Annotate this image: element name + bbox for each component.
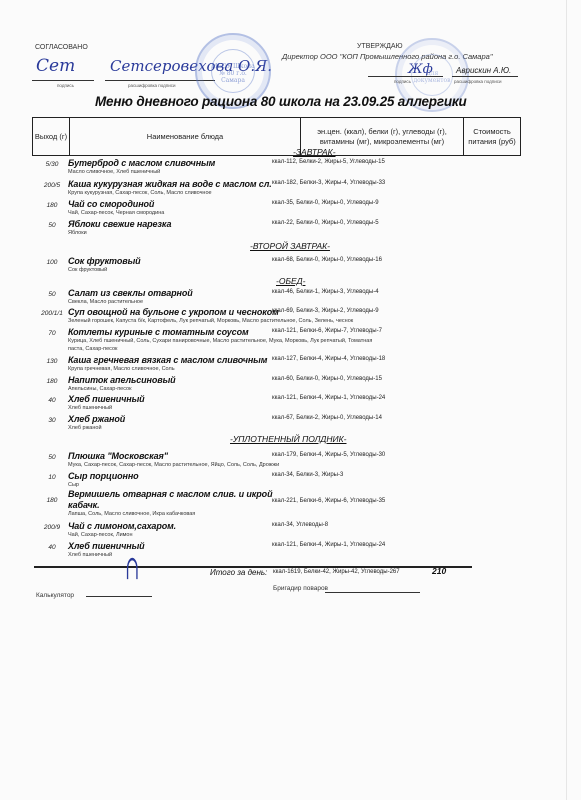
- item-nutrition: ккал-68, Белки-0, Жиры-0, Углеводы-16: [272, 257, 382, 263]
- item-nutrition: ккал-121, Белки-6, Жиры-7, Углеводы-7: [272, 328, 382, 334]
- item-name: Сыр порционно: [68, 471, 139, 481]
- scan-edge: [566, 0, 567, 800]
- item-name: Суп овощной на бульоне с укропом и чесно…: [68, 307, 279, 317]
- right-signature-caption: подпись: [394, 79, 411, 84]
- item-qty: 180: [32, 378, 72, 385]
- item-qty: 10: [32, 474, 72, 481]
- item-name: Каша гречневая вязкая с маслом сливочным: [68, 355, 267, 365]
- item-nutrition: ккал-67, Белки-2, Жиры-0, Углеводы-14: [272, 415, 382, 421]
- item-nutrition: ккал-34, Углеводы-8: [272, 522, 328, 528]
- item-nutrition: ккал-182, Белки-3, Жиры-4, Углеводы-33: [272, 180, 385, 186]
- item-ingredients: Зеленый горошек, Капуста б/к, Картофель,…: [68, 318, 353, 324]
- item-ingredients: Лапша, Соль, Масло сливочное, Икра кабач…: [68, 511, 195, 517]
- item-ingredients: Хлеб пшеничный: [68, 552, 112, 558]
- item-nutrition: ккал-179, Белки-4, Жиры-5, Углеводы-30: [272, 452, 385, 458]
- menu-table-header: Выход (г) Наименование блюда эн.цен. (кк…: [32, 117, 521, 156]
- col-cost-header: Стоимость питания (руб): [464, 118, 520, 155]
- right-name: Аврискин А.Ю.: [456, 66, 511, 75]
- total-label: Итого за день:: [210, 568, 267, 577]
- approved-left-label: СОГЛАСОВАНО: [35, 44, 88, 51]
- item-name: Бутерброд с маслом сливочным: [68, 158, 215, 168]
- item-ingredients: Сыр: [68, 482, 79, 488]
- section-title: -ОБЕД-: [276, 276, 305, 286]
- item-nutrition: ккал-34, Белки-3, Жиры-3: [272, 472, 343, 478]
- left-signature-line: [32, 80, 94, 81]
- item-ingredients: Масло сливочное, Хлеб пшеничный: [68, 169, 160, 175]
- item-qty: 180: [32, 497, 72, 504]
- item-qty: 40: [32, 544, 72, 551]
- right-name-line: [452, 76, 518, 77]
- item-qty: 50: [32, 454, 72, 461]
- col-output-header: Выход (г): [33, 118, 70, 155]
- item-nutrition: ккал-22, Белки-0, Жиры-0, Углеводы-5: [272, 220, 379, 226]
- item-ingredients: Чай, Сахар-песок, Лимон: [68, 532, 133, 538]
- right-name-caption: расшифровка подписи: [454, 79, 501, 84]
- item-qty: 180: [32, 202, 72, 209]
- section-title: -УПЛОТНЕННЫЙ ПОЛДНИК-: [230, 434, 346, 444]
- item-nutrition: ккал-112, Белки-2, Жиры-5, Углеводы-15: [272, 159, 385, 165]
- item-ingredients: Яблоки: [68, 230, 87, 236]
- right-signature-line: [368, 76, 443, 77]
- item-qty: 200/9: [32, 524, 72, 531]
- item-ingredients: Хлеб ржаной: [68, 425, 102, 431]
- item-qty: 200/1/1: [32, 310, 72, 317]
- item-nutrition: ккал-221, Белки-6, Жиры-6, Углеводы-35: [272, 498, 385, 504]
- item-name: Салат из свеклы отварной: [68, 288, 193, 298]
- calculator-signature: ∩: [125, 548, 139, 588]
- item-name: Хлеб ржаной: [68, 414, 125, 424]
- item-qty: 5/30: [32, 161, 72, 168]
- item-qty: 70: [32, 330, 72, 337]
- item-ingredients: Сок фруктовый: [68, 267, 107, 273]
- item-ingredients: Хлеб пшеничный: [68, 405, 112, 411]
- item-nutrition: ккал-69, Белки-3, Жиры-2, Углеводы-9: [272, 308, 379, 314]
- col-name-header: Наименование блюда: [70, 118, 301, 155]
- item-name: Яблоки свежие нарезка: [68, 219, 171, 229]
- chef-signature-line: [325, 592, 420, 593]
- item-ingredients: Апельсины, Сахар-песок: [68, 386, 132, 392]
- item-qty: 30: [32, 417, 72, 424]
- item-qty: 50: [32, 291, 72, 298]
- section-title: -ЗАВТРАК-: [293, 147, 336, 157]
- left-signature: Сет: [36, 56, 75, 76]
- section-title: -ВТОРОЙ ЗАВТРАК-: [250, 241, 330, 251]
- item-nutrition: ккал-127, Белки-4, Жиры-4, Углеводы-18: [272, 356, 385, 362]
- item-nutrition: ккал-121, Белки-4, Жиры-1, Углеводы-24: [272, 395, 385, 401]
- item-qty: 100: [32, 259, 72, 266]
- item-name: Сок фруктовый: [68, 256, 141, 266]
- left-signature-caption: подпись: [57, 83, 74, 88]
- item-ingredients: Свекла, Масло растительное: [68, 299, 143, 305]
- total-cost: 210: [432, 566, 446, 576]
- total-nutrition: ккал-1619, Белки-42, Жиры-42, Углеводы-2…: [273, 569, 400, 575]
- item-name: Котлеты куриные с томатным соусом: [68, 327, 249, 337]
- item-name: Каша кукурузная жидкая на воде с маслом …: [68, 179, 272, 189]
- page-title: Меню дневного рациона 80 школа на 23.09.…: [95, 94, 467, 109]
- chef-label: Бригадир поваров: [273, 585, 328, 592]
- item-qty: 200/5: [32, 182, 72, 189]
- item-nutrition: ккал-121, Белки-4, Жиры-1, Углеводы-24: [272, 542, 385, 548]
- item-name-continued: кабачк.: [68, 500, 100, 510]
- item-nutrition: ккал-35, Белки-0, Жиры-0, Углеводы-9: [272, 200, 379, 206]
- item-name: Чай со смородиной: [68, 199, 154, 209]
- item-qty: 50: [32, 222, 72, 229]
- approved-right-label: УТВЕРЖДАЮ: [357, 43, 403, 50]
- item-nutrition: ккал-46, Белки-1, Жиры-3, Углеводы-4: [272, 289, 379, 295]
- item-ingredients: Крупа кукурузная, Сахар-песок, Соль, Мас…: [68, 190, 212, 196]
- item-ingredients: Чай, Сахар-песок, Черная смородина: [68, 210, 164, 216]
- item-ingredients: Крупа гречневая, Масло сливочное, Соль: [68, 366, 175, 372]
- calculator-label: Калькулятор: [36, 592, 74, 599]
- item-name: Плюшка "Московская": [68, 451, 168, 461]
- calculator-signature-line: [86, 596, 152, 597]
- item-name: Вермишель отварная с маслом слив. и икро…: [68, 489, 272, 499]
- left-name-caption: расшифровка подписи: [128, 83, 175, 88]
- item-ingredients: Мука, Сахар-песок, Сахар-песок, Масло ра…: [68, 462, 279, 468]
- item-qty: 130: [32, 358, 72, 365]
- item-qty: 40: [32, 397, 72, 404]
- item-ingredients-continued: паста, Сахар-песок: [68, 346, 117, 352]
- item-ingredients: Курица, Хлеб пшеничный, Соль, Сухари пан…: [68, 338, 372, 344]
- item-name: Напиток апельсиновый: [68, 375, 176, 385]
- item-name: Хлеб пшеничный: [68, 394, 145, 404]
- right-signature: Жф: [408, 62, 433, 77]
- item-name: Чай с лимоном,сахаром.: [68, 521, 176, 531]
- item-nutrition: ккал-60, Белки-0, Жиры-0, Углеводы-15: [272, 376, 382, 382]
